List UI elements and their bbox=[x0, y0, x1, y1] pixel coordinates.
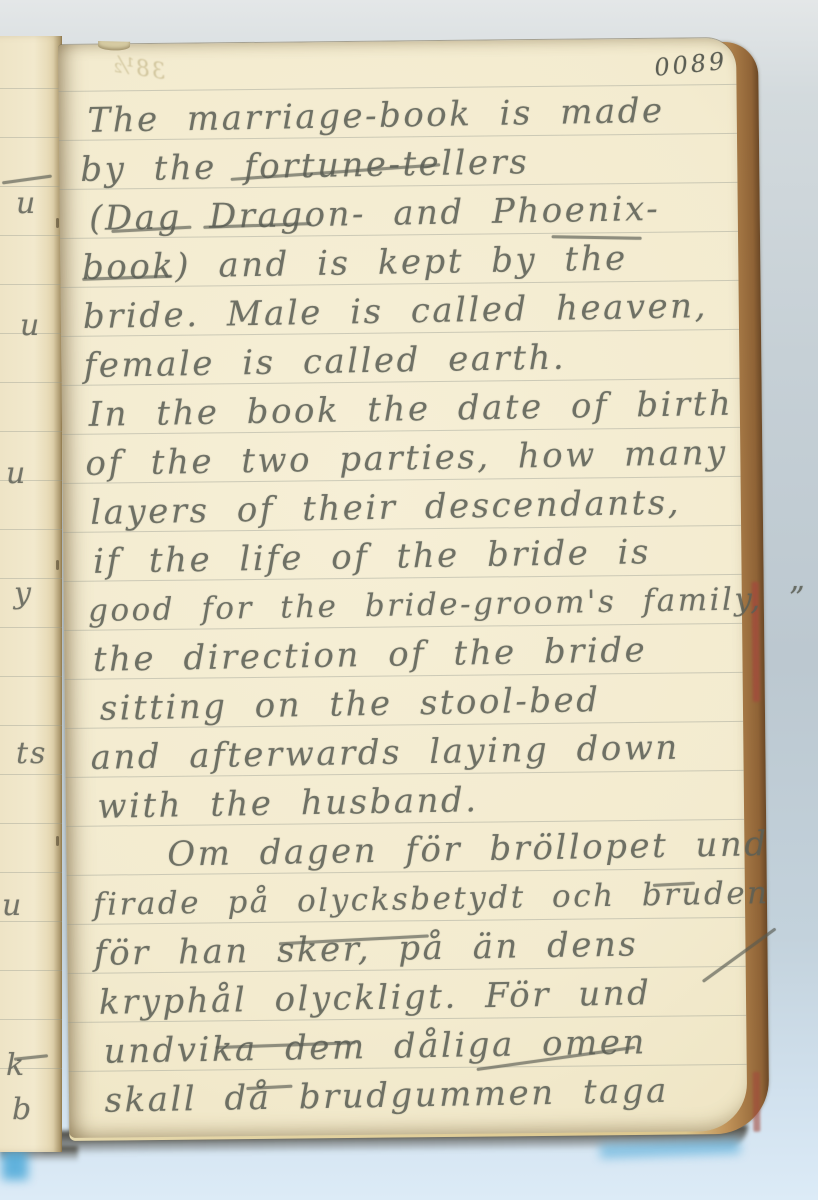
binding-stitch bbox=[56, 836, 59, 846]
handwritten-line: and afterwards laying down bbox=[90, 726, 680, 780]
handwritten-line: skall då brudgummen taga bbox=[104, 1069, 669, 1123]
handwritten-line: Om dagen för bröllopet und bbox=[167, 822, 769, 876]
ruled-line bbox=[0, 1019, 62, 1020]
ruled-line bbox=[0, 627, 62, 628]
handwritten-line: with the husband. bbox=[97, 778, 479, 829]
ruled-line bbox=[0, 823, 62, 824]
handwritten-line: female is called earth. bbox=[83, 336, 566, 388]
left-page-fragment: u bbox=[2, 888, 23, 923]
left-page-fragment: u bbox=[20, 308, 41, 343]
left-page-fragment: y bbox=[14, 576, 33, 611]
ruled-line bbox=[0, 88, 62, 89]
ruled-line bbox=[0, 431, 62, 432]
handwritten-line: In the book the date of birth bbox=[88, 382, 733, 437]
red-edge-smudge bbox=[753, 1072, 761, 1132]
left-page-fragment: u bbox=[6, 456, 27, 491]
ruled-line bbox=[0, 872, 62, 873]
handwritten-line: of the two parties, how many bbox=[85, 431, 728, 486]
left-page-fragment: u bbox=[16, 186, 37, 221]
handwritten-line: by the fortune-tellers bbox=[80, 140, 530, 192]
ruled-line bbox=[0, 137, 62, 138]
ruled-line bbox=[0, 284, 62, 285]
handwritten-line: if the life of the bride is bbox=[93, 530, 651, 584]
pencil-stroke-mark bbox=[2, 175, 52, 185]
ruled-line bbox=[0, 676, 62, 677]
ruled-line bbox=[0, 725, 62, 726]
handwritten-line: firade på olycksbetydt och bruden bbox=[93, 871, 770, 927]
right-page: 38½ 0089 The marriage-book is made by th… bbox=[58, 38, 747, 1138]
scanner-blue-glow bbox=[2, 1150, 28, 1180]
ruled-line bbox=[0, 970, 62, 971]
handwritten-line: för han sker, på än dens bbox=[94, 922, 639, 975]
ruled-line bbox=[0, 382, 62, 383]
binding-stitch bbox=[56, 560, 59, 570]
handwritten-line: bride. Male is called heaven, bbox=[83, 284, 709, 339]
handwritten-line: The marriage-book is made bbox=[87, 89, 665, 143]
handwritten-line: good for the bride-groom's family, ” bbox=[88, 576, 808, 633]
left-page: u u u y ts u k b bbox=[0, 36, 62, 1152]
handwritten-line: sitting on the stool-bed bbox=[99, 678, 600, 731]
handwritten-line: (Dag Dragon- and Phoenix- bbox=[89, 187, 661, 241]
left-page-fragment: k bbox=[6, 1048, 26, 1083]
handwriting-block: The marriage-book is made by the fortune… bbox=[78, 36, 745, 1140]
handwritten-line: the direction of the bride bbox=[93, 628, 648, 682]
ruled-line bbox=[0, 529, 62, 530]
handwritten-line: kryphål olyckligt. För und bbox=[99, 971, 652, 1025]
ruled-line bbox=[0, 235, 62, 236]
left-page-fragment: b bbox=[12, 1092, 33, 1127]
left-page-fragment: ts bbox=[16, 736, 47, 771]
scanner-background: u u u y ts u k b 38½ 0089 The marriage-b… bbox=[0, 0, 818, 1200]
ruled-line bbox=[0, 774, 62, 775]
handwritten-line: book) and is kept by the bbox=[82, 237, 628, 291]
binding-stitch bbox=[56, 218, 59, 228]
handwritten-line: undvika dem dåliga omen bbox=[103, 1020, 647, 1073]
handwritten-line: layers of their descendants, bbox=[90, 481, 681, 535]
